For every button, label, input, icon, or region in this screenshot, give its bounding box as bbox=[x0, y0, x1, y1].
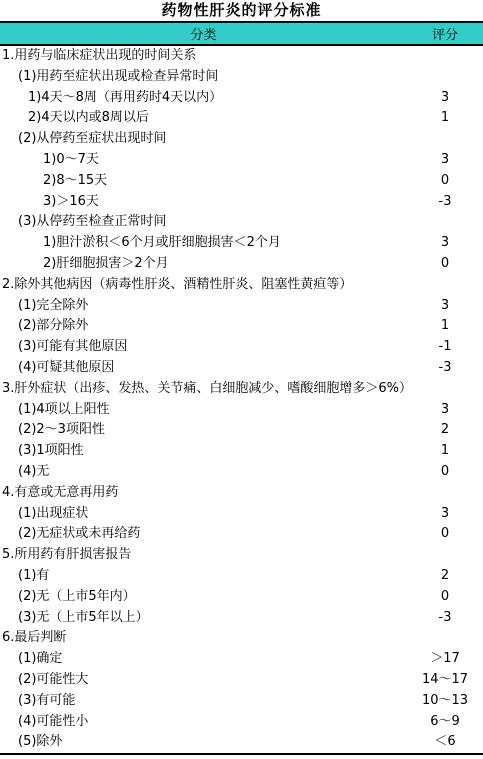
row-label: 5.所用药有肝损害报告 bbox=[0, 545, 407, 566]
table-row: (1)完全除外 3 bbox=[0, 296, 483, 317]
table-row: 2.除外其他病因（病毒性肝炎、酒精性肝炎、阻塞性黄疸等） bbox=[0, 275, 483, 296]
row-label: (1)4项以上阳性 bbox=[0, 400, 407, 421]
row-label: (1)用药至症状出现或检查异常时间 bbox=[0, 67, 407, 88]
row-score: 3 bbox=[407, 233, 483, 254]
table-row: (2)无症状或未再给药 0 bbox=[0, 524, 483, 545]
row-label: (3)有可能 bbox=[0, 691, 407, 712]
row-score bbox=[407, 545, 483, 566]
row-label: (3)1项阳性 bbox=[0, 441, 407, 462]
table-row: (2)可能性大 14～17 bbox=[0, 670, 483, 691]
row-score bbox=[407, 212, 483, 233]
row-label: 4.有意或无意再用药 bbox=[0, 483, 407, 504]
row-score: -3 bbox=[407, 192, 483, 213]
row-score bbox=[407, 129, 483, 150]
row-label: 1)0～7天 bbox=[0, 150, 407, 171]
row-score bbox=[407, 46, 483, 67]
row-label: (2)2～3项阳性 bbox=[0, 420, 407, 441]
row-label: (2)可能性大 bbox=[0, 670, 407, 691]
table-row: 1.用药与临床症状出现的时间关系 bbox=[0, 46, 483, 67]
table-row: 2)8～15天 0 bbox=[0, 171, 483, 192]
row-score bbox=[407, 67, 483, 88]
row-label: (4)无 bbox=[0, 462, 407, 483]
table-row: 2)肝细胞损害＞2个月 0 bbox=[0, 254, 483, 275]
row-label: (1)出现症状 bbox=[0, 504, 407, 525]
row-score: -1 bbox=[407, 337, 483, 358]
row-score: 10～13 bbox=[407, 691, 483, 712]
table-row: (1)有 2 bbox=[0, 566, 483, 587]
table-row: (1)出现症状 3 bbox=[0, 504, 483, 525]
table-row: (2)部分除外 1 bbox=[0, 316, 483, 337]
row-score bbox=[407, 275, 483, 296]
table-row: (3)从停药至检查正常时间 bbox=[0, 212, 483, 233]
table-row: (3)有可能 10～13 bbox=[0, 691, 483, 712]
row-label: 1)4天～8周（再用药时4天以内） bbox=[0, 88, 407, 109]
table-row: 3.肝外症状（出疹、发热、关节痛、白细胞减少、嗜酸细胞增多＞6%） bbox=[0, 379, 483, 400]
row-label: (1)完全除外 bbox=[0, 296, 407, 317]
row-label: 2)肝细胞损害＞2个月 bbox=[0, 254, 407, 275]
row-label: 3.肝外症状（出疹、发热、关节痛、白细胞减少、嗜酸细胞增多＞6%） bbox=[0, 379, 407, 400]
table-row: (2)无（上市5年内） 0 bbox=[0, 587, 483, 608]
page-title: 药物性肝炎的评分标准 bbox=[0, 0, 483, 21]
table-row: 5.所用药有肝损害报告 bbox=[0, 545, 483, 566]
row-label: (5)除外 bbox=[0, 732, 407, 753]
table-header-row: 分类 评分 bbox=[0, 21, 483, 46]
row-score: 0 bbox=[407, 171, 483, 192]
table-row: (4)无 0 bbox=[0, 462, 483, 483]
row-score: ＜6 bbox=[407, 732, 483, 753]
row-score: 2 bbox=[407, 566, 483, 587]
row-label: (3)从停药至检查正常时间 bbox=[0, 212, 407, 233]
row-score: 0 bbox=[407, 587, 483, 608]
table-row: (2)从停药至症状出现时间 bbox=[0, 129, 483, 150]
row-score bbox=[407, 379, 483, 400]
scoring-criteria-document: 药物性肝炎的评分标准 分类 评分 1.用药与临床症状出现的时间关系 (1)用药至… bbox=[0, 0, 483, 759]
row-label: 2)8～15天 bbox=[0, 171, 407, 192]
row-label: (2)无症状或未再给药 bbox=[0, 524, 407, 545]
row-score bbox=[407, 628, 483, 649]
row-label: 6.最后判断 bbox=[0, 628, 407, 649]
row-score: 1 bbox=[407, 441, 483, 462]
table-row: 2)4天以内或8周以后 1 bbox=[0, 108, 483, 129]
row-score: 0 bbox=[407, 462, 483, 483]
table-row: 6.最后判断 bbox=[0, 628, 483, 649]
table-row: (3)1项阳性 1 bbox=[0, 441, 483, 462]
table-body: 1.用药与临床症状出现的时间关系 (1)用药至症状出现或检查异常时间 1)4天～… bbox=[0, 46, 483, 755]
row-score: 0 bbox=[407, 254, 483, 275]
row-score: 6～9 bbox=[407, 712, 483, 733]
table-row: 1)4天～8周（再用药时4天以内） 3 bbox=[0, 88, 483, 109]
row-label: 1.用药与临床症状出现的时间关系 bbox=[0, 46, 407, 67]
table-row: 1)胆汁淤积＜6个月或肝细胞损害＜2个月 3 bbox=[0, 233, 483, 254]
table-row: (4)可疑其他原因 -3 bbox=[0, 358, 483, 379]
table-row: 3)＞16天 -3 bbox=[0, 192, 483, 213]
column-header-category: 分类 bbox=[0, 24, 407, 43]
row-score bbox=[407, 483, 483, 504]
row-score: -3 bbox=[407, 608, 483, 629]
row-label: (4)可能性小 bbox=[0, 712, 407, 733]
table-row: (2)2～3项阳性 2 bbox=[0, 420, 483, 441]
table-row: (5)除外 ＜6 bbox=[0, 732, 483, 753]
row-label: 2.除外其他病因（病毒性肝炎、酒精性肝炎、阻塞性黄疸等） bbox=[0, 275, 407, 296]
row-score: 2 bbox=[407, 420, 483, 441]
table-row: (3)无（上市5年以上） -3 bbox=[0, 608, 483, 629]
row-score: 3 bbox=[407, 88, 483, 109]
row-label: (2)无（上市5年内） bbox=[0, 587, 407, 608]
row-score: 3 bbox=[407, 400, 483, 421]
table-row: (1)用药至症状出现或检查异常时间 bbox=[0, 67, 483, 88]
row-score: 3 bbox=[407, 296, 483, 317]
row-label: (1)有 bbox=[0, 566, 407, 587]
row-label: (1)确定 bbox=[0, 649, 407, 670]
row-label: (3)无（上市5年以上） bbox=[0, 608, 407, 629]
table-row: (4)可能性小 6～9 bbox=[0, 712, 483, 733]
table-row: (3)可能有其他原因 -1 bbox=[0, 337, 483, 358]
table-row: (1)4项以上阳性 3 bbox=[0, 400, 483, 421]
row-score: 3 bbox=[407, 504, 483, 525]
column-header-score: 评分 bbox=[407, 24, 483, 43]
row-label: (4)可疑其他原因 bbox=[0, 358, 407, 379]
row-label: 2)4天以内或8周以后 bbox=[0, 108, 407, 129]
row-label: (2)从停药至症状出现时间 bbox=[0, 129, 407, 150]
row-score: -3 bbox=[407, 358, 483, 379]
row-label: (3)可能有其他原因 bbox=[0, 337, 407, 358]
row-label: 3)＞16天 bbox=[0, 192, 407, 213]
table-row: (1)确定 ＞17 bbox=[0, 649, 483, 670]
row-score: 14～17 bbox=[407, 670, 483, 691]
row-score: 3 bbox=[407, 150, 483, 171]
table-row: 1)0～7天 3 bbox=[0, 150, 483, 171]
row-score: 1 bbox=[407, 108, 483, 129]
row-label: 1)胆汁淤积＜6个月或肝细胞损害＜2个月 bbox=[0, 233, 407, 254]
row-label: (2)部分除外 bbox=[0, 316, 407, 337]
row-score: 1 bbox=[407, 316, 483, 337]
row-score: 0 bbox=[407, 524, 483, 545]
table-row: 4.有意或无意再用药 bbox=[0, 483, 483, 504]
row-score: ＞17 bbox=[407, 649, 483, 670]
